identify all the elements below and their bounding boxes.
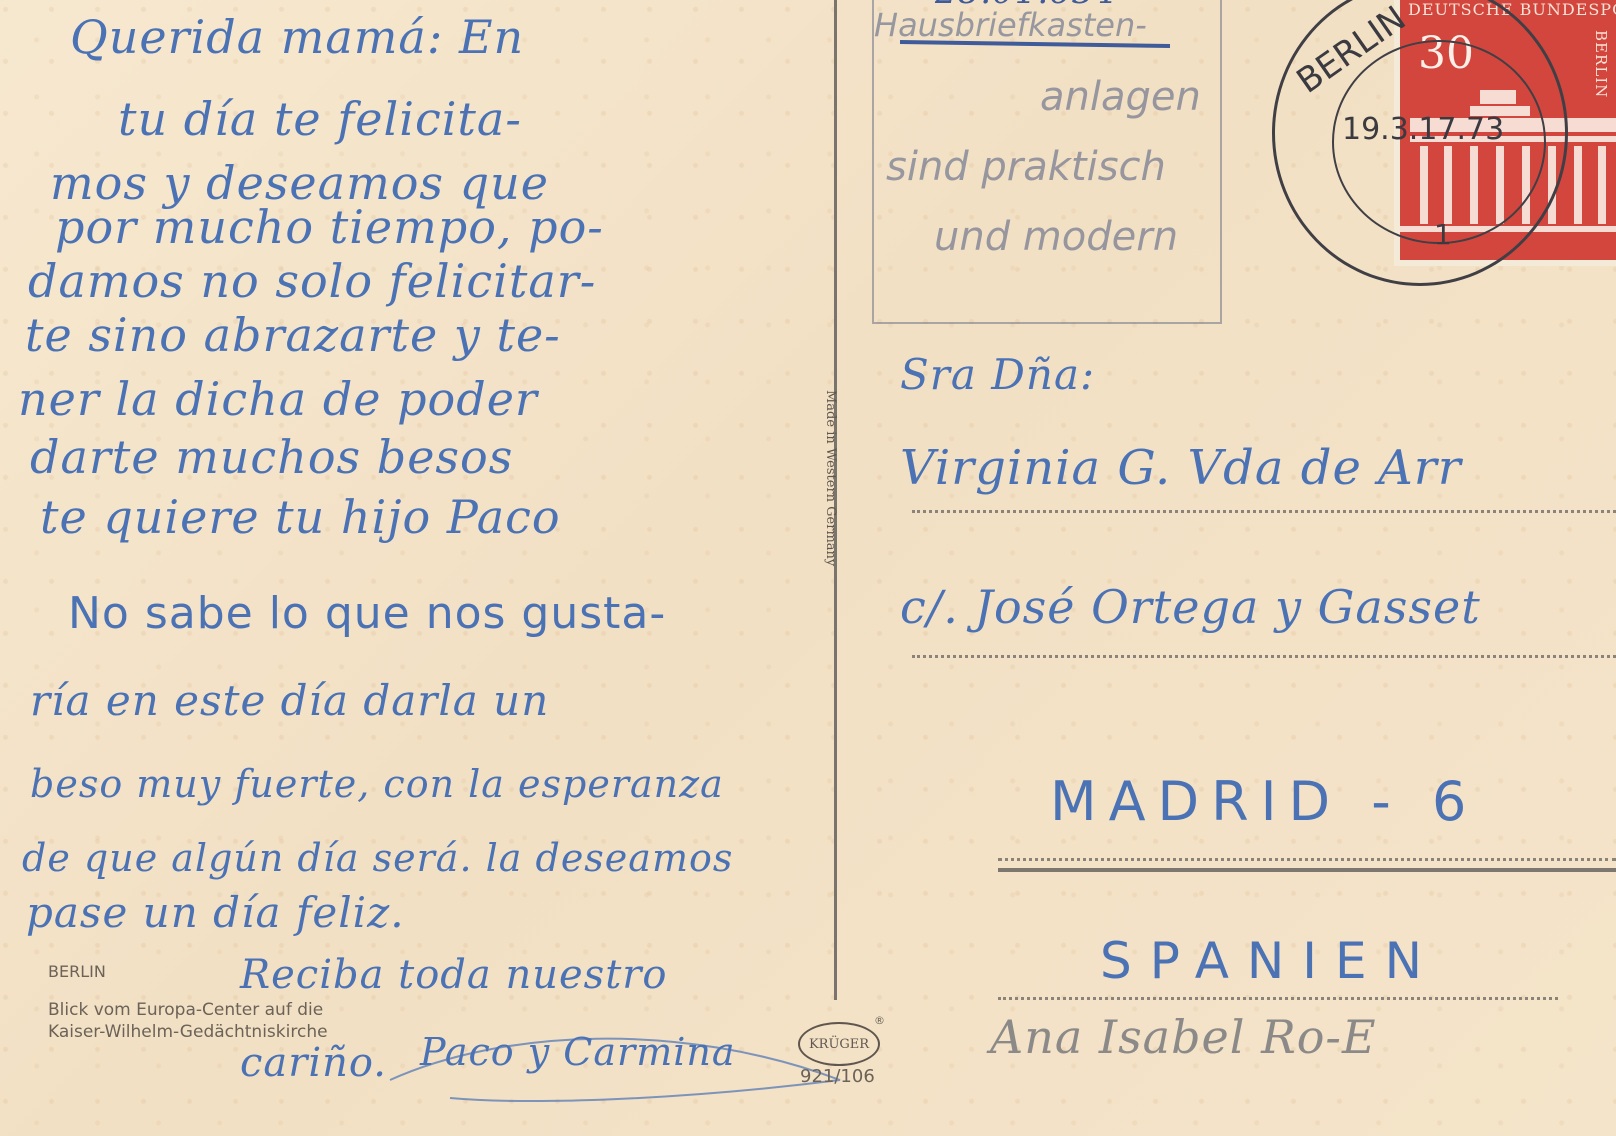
address-city: MADRID - 6 — [1050, 770, 1478, 833]
slogan-line: sind praktisch — [886, 144, 1166, 190]
address-name: Virginia G. Vda de Arr — [900, 440, 1462, 496]
closing-line: cariño. — [240, 1040, 387, 1086]
closing-line: Reciba toda nuestro — [240, 952, 667, 998]
address-country: SPANIEN — [1100, 932, 1440, 990]
message-line: beso muy fuerte, con la esperanza — [30, 762, 724, 806]
address-line-3 — [998, 858, 1616, 861]
address-salutation: Sra Dña: — [900, 350, 1095, 399]
message-line: darte muchos besos — [30, 430, 513, 484]
message-line: damos no solo felicitar- — [28, 254, 596, 308]
postcard-back: Querida mamá: En tu día te felicita- mos… — [0, 0, 1616, 1136]
message-line: ner la dicha de poder — [18, 372, 538, 426]
message-line: ría en este día darla un — [30, 676, 549, 725]
caption-line: Kaiser-Wilhelm-Gedächtniskirche — [48, 1022, 328, 1042]
message-line: Querida mamá: En — [70, 10, 524, 64]
message-line: tu día te felicita- — [118, 92, 522, 146]
message-line: por mucho tiempo, po- — [55, 200, 604, 254]
message-line: de que algún día será. la deseamos — [22, 836, 733, 880]
made-in-label: Made in Western Germany — [823, 390, 838, 566]
address-line-2 — [912, 655, 1616, 658]
postmark-district: 1 — [1434, 218, 1452, 251]
registered-mark: ® — [874, 1014, 885, 1027]
publisher-logo: KRÜGER — [798, 1022, 880, 1066]
message-line: No sabe lo que nos gusta- — [68, 588, 666, 639]
address-separator — [998, 868, 1616, 872]
publisher-name: KRÜGER — [809, 1037, 869, 1052]
slogan-line: anlagen — [1040, 74, 1201, 120]
postmark-date: 19.3.17.73 — [1342, 112, 1504, 147]
pencil-note: Ana Isabel Ro-E — [990, 1010, 1377, 1064]
signature-flourish — [380, 1020, 850, 1110]
message-line: te quiere tu hijo Paco — [40, 490, 561, 544]
message-line: pase un día feliz. — [26, 888, 405, 937]
catalog-number: 921/106 — [800, 1066, 875, 1087]
slogan-line: und modern — [934, 214, 1178, 260]
message-line: te sino abrazarte y te- — [25, 308, 561, 362]
caption-title: BERLIN — [48, 962, 106, 981]
address-line-1 — [912, 510, 1616, 513]
handwritten-over-cancel: 28.01.634 — [935, 0, 1117, 12]
caption-line: Blick vom Europa-Center auf die — [48, 1000, 323, 1020]
address-line-4 — [998, 997, 1558, 1000]
address-street: c/. José Ortega y Gasset — [900, 580, 1481, 634]
